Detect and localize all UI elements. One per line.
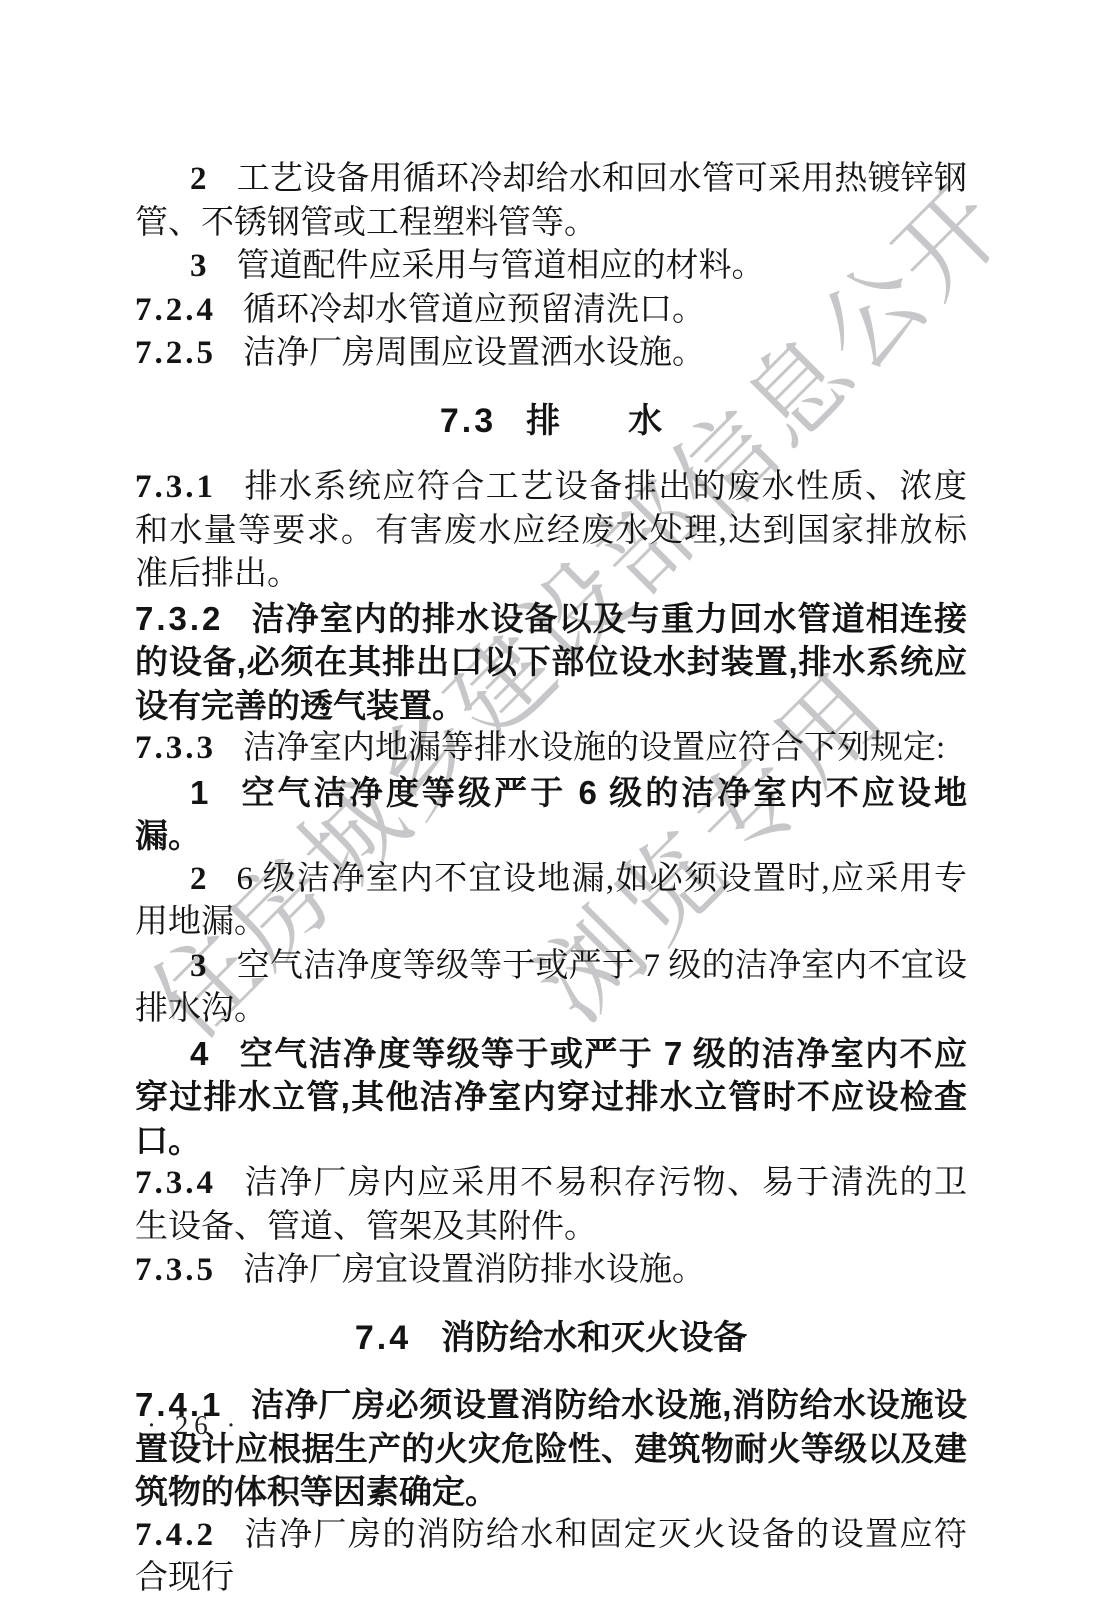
paragraph-text: 循环冷却水管道应预留清洗口。 (243, 292, 705, 328)
paragraph-text: 6 级洁净室内不宜设地漏,如必须设置时,应采用专用地漏。 (135, 861, 967, 941)
paragraph-number: 7.4.2 (135, 1517, 216, 1553)
paragraph-number: 7.3.3 (135, 730, 216, 766)
clause-paragraph: 7.2.4循环冷却水管道应预留清洗口。 (135, 289, 967, 333)
paragraph-number: 7.2.4 (135, 292, 216, 328)
list-item-paragraph: 4空气洁净度等级等于或严于 7 级的洁净室内不应穿过排水立管,其他洁净室内穿过排… (135, 1032, 967, 1163)
document-body: 2工艺设备用循环冷却给水和回水管可采用热镀锌钢管、不锈钢管或工程塑料管等。3管道… (135, 158, 967, 1598)
list-item-paragraph: 2工艺设备用循环冷却给水和回水管可采用热镀锌钢管、不锈钢管或工程塑料管等。 (135, 158, 967, 245)
paragraph-number: 7.3.4 (135, 1165, 216, 1201)
clause-paragraph: 7.4.2洁净厂房的消防给水和固定灭火设备的设置应符合现行 (135, 1514, 967, 1598)
paragraph-text: 管道配件应采用与管道相应的材料。 (237, 248, 765, 284)
list-item-paragraph: 1空气洁净度等级严于 6 级的洁净室内不应设地漏。 (135, 771, 967, 858)
clause-paragraph: 7.3.1排水系统应符合工艺设备排出的废水性质、浓度和水量等要求。有害废水应经废… (135, 466, 967, 597)
paragraph-number: 1 (190, 774, 211, 811)
paragraph-text: 洁净厂房必须设置消防给水设施,消防给水设施设置设计应根据生产的火灾危险性、建筑物… (135, 1386, 967, 1510)
paragraph-number: 4 (190, 1035, 211, 1072)
list-item-paragraph: 3空气洁净度等级等于或严于 7 级的洁净室内不宜设排水沟。 (135, 945, 967, 1032)
clause-paragraph: 7.2.5洁净厂房周围应设置洒水设施。 (135, 332, 967, 376)
paragraph-text: 空气洁净度等级等于或严于 7 级的洁净室内不应穿过排水立管,其他洁净室内穿过排水… (135, 1035, 967, 1159)
paragraph-text: 空气洁净度等级严于 6 级的洁净室内不应设地漏。 (135, 774, 967, 855)
heading-number: 7.3 (440, 402, 496, 440)
list-item-paragraph: 26 级洁净室内不宜设地漏,如必须设置时,应采用专用地漏。 (135, 858, 967, 945)
paragraph-text: 洁净厂房宜设置消防排水设施。 (243, 1252, 705, 1288)
clause-paragraph: 7.4.1洁净厂房必须设置消防给水设施,消防给水设施设置设计应根据生产的火灾危险… (135, 1383, 967, 1514)
paragraph-number: 3 (190, 248, 210, 284)
section-heading: 7.3排 水 (135, 400, 967, 444)
clause-paragraph: 7.3.3洁净室内地漏等排水设施的设置应符合下列规定: (135, 727, 967, 771)
paragraph-text: 洁净厂房内应采用不易积存污物、易于清洗的卫生设备、管道、管架及其附件。 (135, 1165, 967, 1245)
paragraph-text: 空气洁净度等级等于或严于 7 级的洁净室内不宜设排水沟。 (135, 948, 967, 1028)
heading-text: 消防给水和灭火设备 (441, 1319, 747, 1357)
paragraph-text: 排水系统应符合工艺设备排出的废水性质、浓度和水量等要求。有害废水应经废水处理,达… (135, 469, 967, 592)
paragraph-number: 7.3.2 (135, 600, 223, 637)
paragraph-text: 工艺设备用循环冷却给水和回水管可采用热镀锌钢管、不锈钢管或工程塑料管等。 (135, 161, 967, 241)
paragraph-number: 3 (190, 948, 210, 984)
paragraph-text: 洁净厂房的消防给水和固定灭火设备的设置应符合现行 (135, 1517, 967, 1597)
paragraph-text: 洁净厂房周围应设置洒水设施。 (243, 335, 705, 371)
list-item-paragraph: 3管道配件应采用与管道相应的材料。 (135, 245, 967, 289)
document-page: 住房城乡建设部信息公开 浏览专用 2工艺设备用循环冷却给水和回水管可采用热镀锌钢… (0, 0, 1099, 1598)
paragraph-number: 7.3.5 (135, 1252, 216, 1288)
paragraph-number: 7.2.5 (135, 335, 216, 371)
page-number: · 26 · (147, 1410, 241, 1441)
clause-paragraph: 7.3.4洁净厂房内应采用不易积存污物、易于清洗的卫生设备、管道、管架及其附件。 (135, 1162, 967, 1249)
paragraph-number: 2 (190, 861, 210, 897)
paragraph-text: 洁净室内地漏等排水设施的设置应符合下列规定: (243, 730, 945, 766)
paragraph-number: 7.3.1 (135, 469, 216, 505)
paragraph-number: 2 (190, 161, 210, 197)
heading-text: 排 水 (526, 402, 662, 440)
clause-paragraph: 7.3.2洁净室内的排水设备以及与重力回水管道相连接的设备,必须在其排出口以下部… (135, 597, 967, 728)
heading-number: 7.4 (355, 1319, 411, 1357)
section-heading: 7.4消防给水和灭火设备 (135, 1317, 967, 1361)
paragraph-text: 洁净室内的排水设备以及与重力回水管道相连接的设备,必须在其排出口以下部位设水封装… (135, 600, 967, 724)
clause-paragraph: 7.3.5洁净厂房宜设置消防排水设施。 (135, 1249, 967, 1293)
